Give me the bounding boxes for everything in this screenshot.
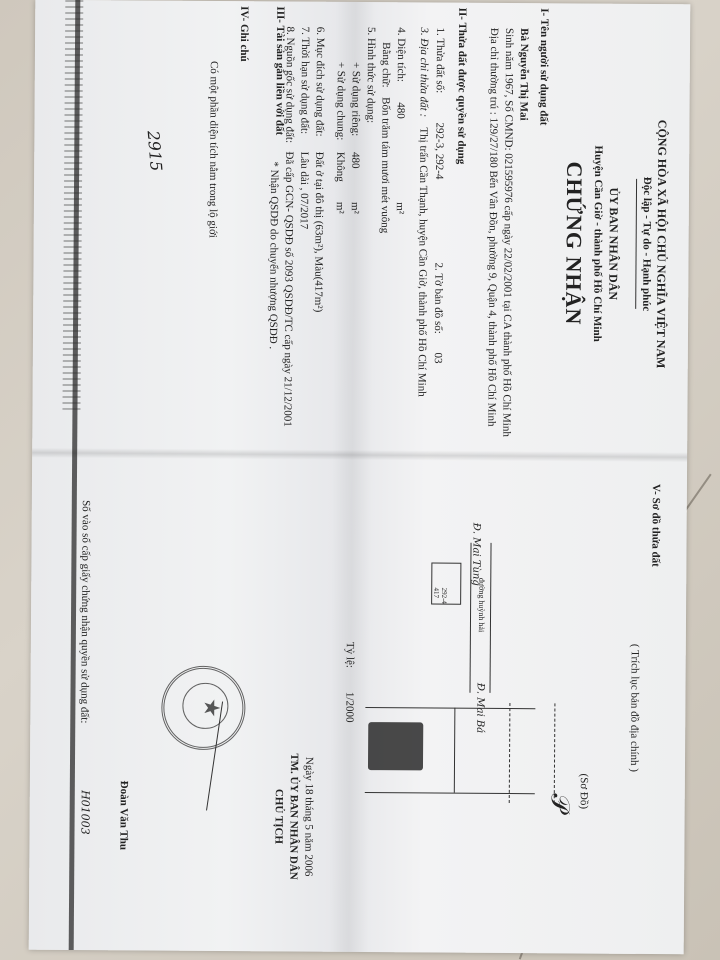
- map-sheet-label: 2. Tờ bản đồ số:: [432, 263, 444, 334]
- area-words-label: Bằng chữ:: [380, 42, 392, 87]
- parcel-number: 292-4: [440, 588, 448, 604]
- area-label: 4. Diện tích:: [395, 27, 407, 82]
- plot-value: 292-3, 292-4: [433, 123, 445, 180]
- map-sheet-value: 03: [432, 353, 444, 364]
- owner-address: Địa chỉ thường trú : 129/27/180 Bến Vân …: [485, 28, 500, 427]
- private-use-unit: m²: [349, 202, 361, 214]
- certificate-paper: CỘNG HÒA XÃ HỘI CHỦ NGHĨA VIỆT NAM Độc l…: [29, 0, 691, 954]
- setback-line: [509, 703, 511, 803]
- national-title: CỘNG HÒA XÃ HỘI CHỦ NGHĨA VIỆT NAM: [652, 74, 669, 414]
- note-text: Có một phần diện tích nằm trong lộ giới: [207, 61, 220, 238]
- official-seal-icon: ★: [161, 666, 246, 751]
- shared-use-unit: m²: [334, 202, 346, 214]
- private-use-value: 480: [349, 152, 361, 169]
- plot-label: 1. Thửa đất số:: [434, 28, 446, 94]
- diagram-label: (Sơ Đồ): [578, 774, 590, 810]
- origin-note: * Nhận QSDĐ do chuyển nhượng QSDĐ .: [267, 161, 280, 349]
- street-label: đường huỳnh hải: [477, 578, 486, 632]
- district: Huyện Cần Giờ - thành phố Hồ Chí Minh: [590, 74, 604, 414]
- road-line: [489, 543, 491, 693]
- purpose-value: Đất ở tại đô thị (63m²), Màu(417m²): [312, 152, 325, 313]
- area-words: Bốn trăm tám mươi mét vuông: [379, 97, 392, 233]
- plot-boundary: [454, 708, 456, 793]
- private-use-label: + Sử dụng riêng:: [349, 62, 362, 136]
- authority: ỦY BAN NHÂN DÂN: [604, 74, 621, 414]
- section5-heading: V- Sơ đồ thửa đất: [649, 484, 662, 567]
- area-value: 480: [395, 102, 407, 119]
- diagram-subtitle: ( Trích lục bản đồ địa chính ): [628, 644, 641, 772]
- shared-use-label: + Sử dụng chung:: [334, 62, 347, 141]
- register-label: Số vào sổ cấp giấy chứng nhận quyền sử d…: [78, 500, 92, 723]
- on-behalf: TM. ỦY BAN NHÂN DÂN: [287, 702, 301, 932]
- signer-name: Đoàn Văn Thu: [117, 700, 131, 930]
- document-title: CHỨNG NHẬN: [559, 73, 587, 413]
- origin-value: Đã cấp GCN- QSDĐ số 2093 QSDĐ/TC cấp ngà…: [281, 151, 295, 426]
- road-label-1: Đ. Mai Tùng: [470, 523, 481, 586]
- parcel-area: 417: [432, 588, 440, 599]
- motto-underline: [635, 179, 637, 309]
- plot-address-label: 3. Địa chỉ thửa đất :: [418, 27, 431, 117]
- issue-date: Ngày 18 tháng 5 năm 2006: [302, 702, 316, 932]
- usage-form-label: 5. Hình thức sử dụng:: [364, 27, 377, 123]
- handwritten-number: 2915: [144, 130, 166, 172]
- shared-use-value: Không: [334, 152, 346, 182]
- redacted-area: [368, 722, 423, 770]
- term-label: 7. Thời hạn sử dụng đất:: [298, 27, 311, 135]
- owner-name: Bà Nguyễn Thị Mai: [517, 28, 530, 120]
- register-value: H01003: [78, 790, 91, 835]
- road-line: [469, 543, 471, 693]
- scale-label: Tỷ lệ:: [344, 642, 356, 668]
- section3-heading: III- Tài sản gắn liền với đất: [273, 6, 286, 135]
- owner-birth-id: Sinh năm 1967, Số CMND: 021595976 cấp ng…: [500, 28, 515, 437]
- term-value: Lâu dài , 07/2017: [298, 152, 311, 230]
- area-unit: m²: [394, 202, 406, 214]
- position: CHỦ TỊCH: [272, 701, 286, 931]
- section4-heading: IV- Ghi chú: [238, 6, 250, 62]
- motto: Độc lập - Tự do - Hạnh phúc: [639, 74, 653, 414]
- plot-address-value: Thị trấn Cần Thạnh, huyện Cần Giờ, thành…: [416, 127, 430, 396]
- setback-line: [554, 703, 556, 803]
- purpose-label: 6. Mục đích sử dụng đất:: [313, 27, 326, 137]
- document-page: CỘNG HÒA XÃ HỘI CHỦ NGHĨA VIỆT NAM Độc l…: [29, 0, 691, 954]
- north-arrow-icon: 𝒫: [544, 793, 575, 812]
- scale-value: 1/2000: [343, 692, 355, 723]
- section1-heading: I- Tên người sử dụng đất: [537, 8, 550, 125]
- section2-heading: II- Thửa đất được quyền sử dụng: [455, 8, 468, 165]
